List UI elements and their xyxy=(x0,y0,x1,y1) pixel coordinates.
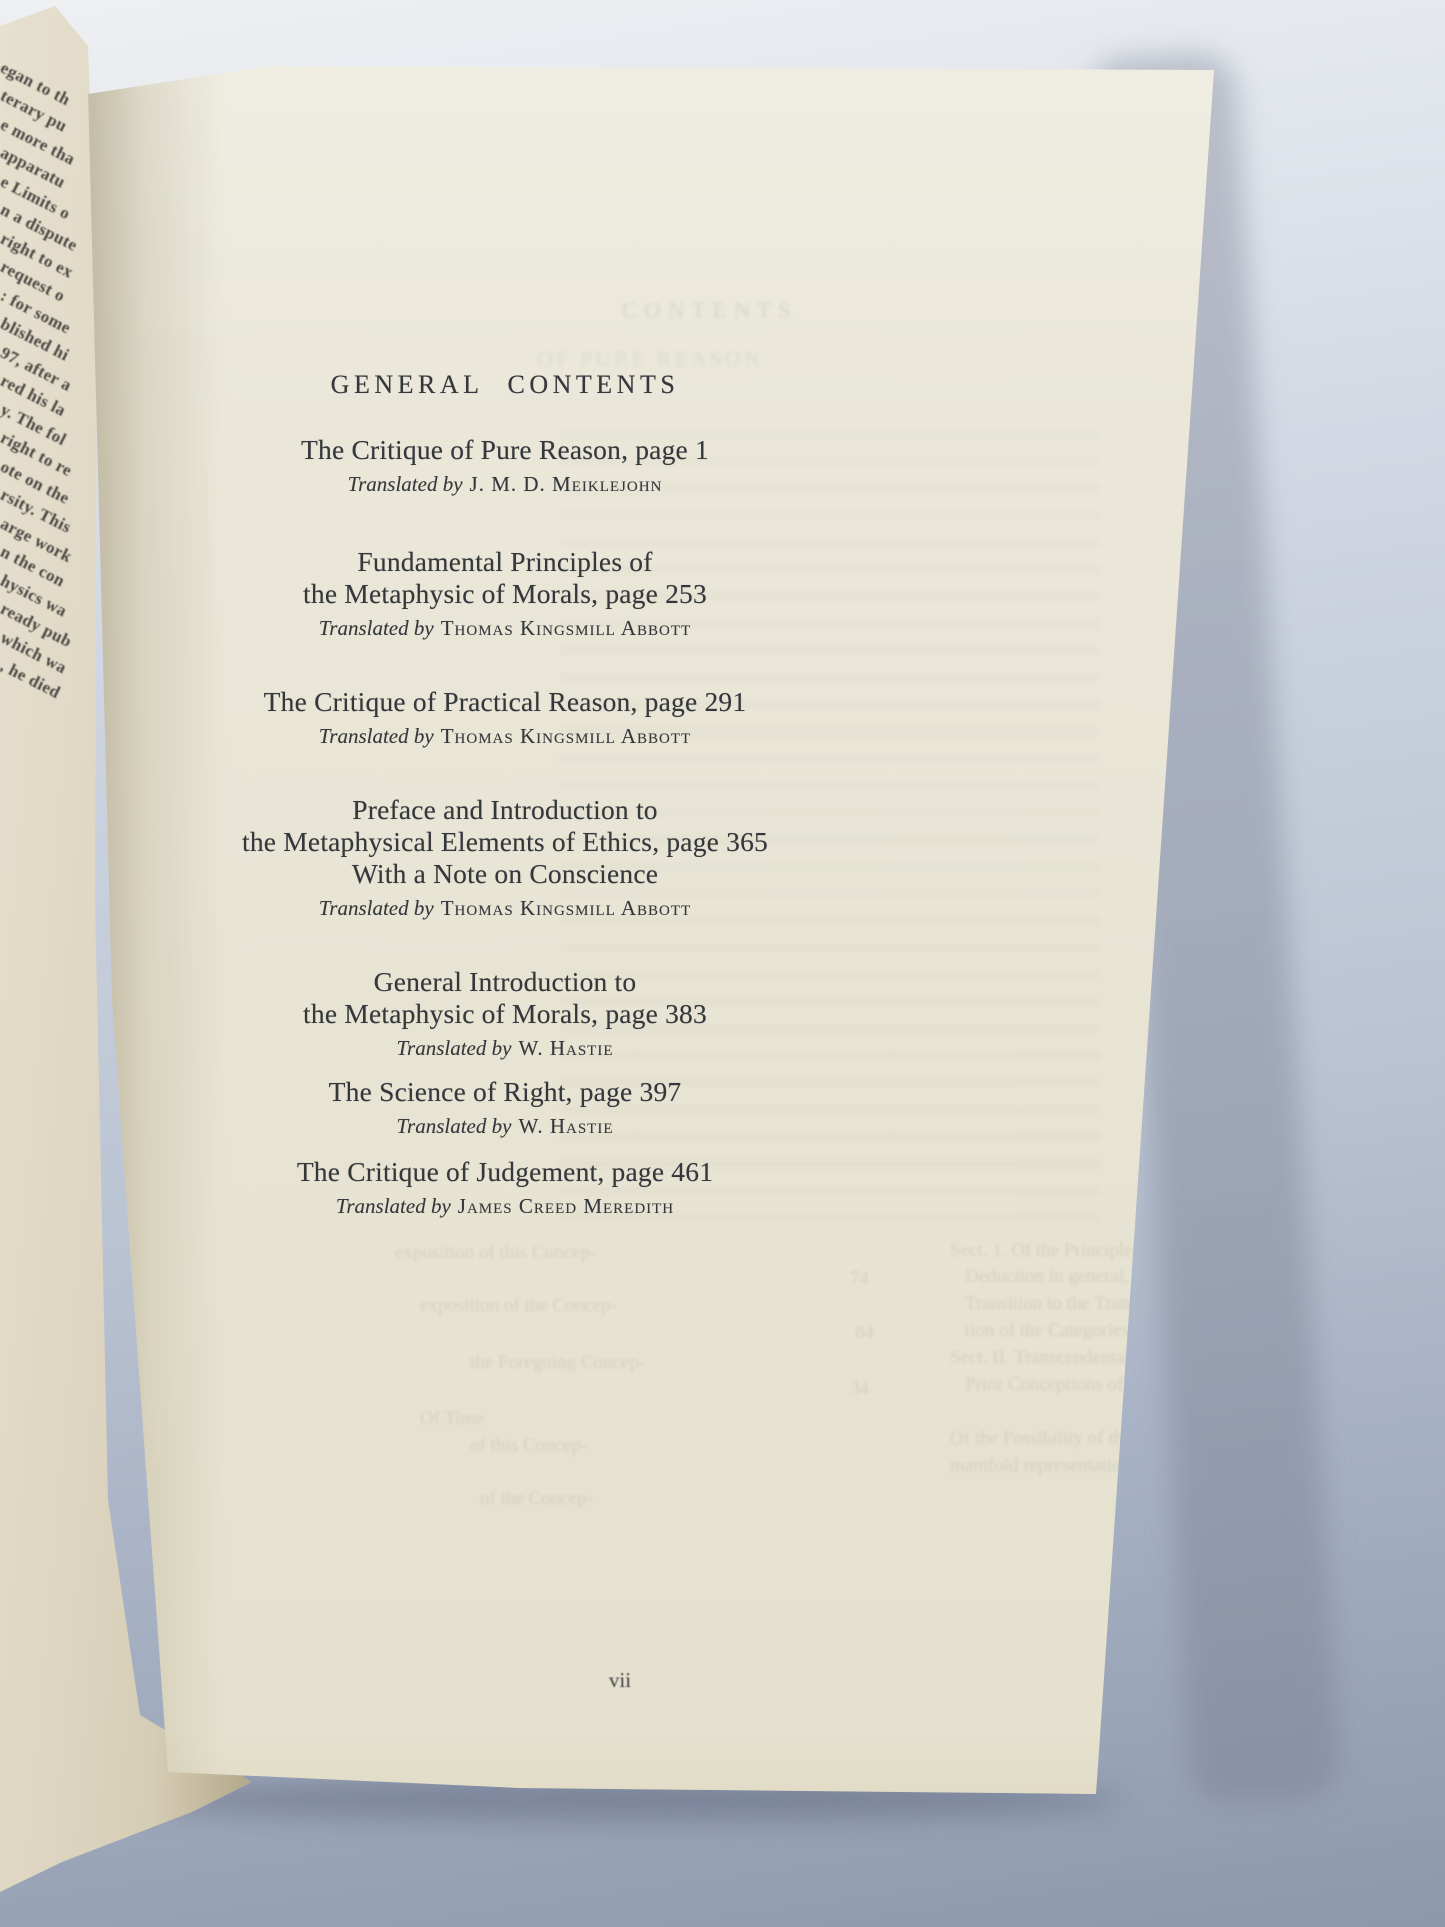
toc-entry-fundamental-principles: Fundamental Principles of the Metaphysic… xyxy=(90,546,920,643)
show-through-line: 74 xyxy=(850,1268,869,1290)
entry-translator-line: Translated byThomas Kingsmill Abbott xyxy=(90,893,920,923)
entry-translator-line: Translated byJ. M. D. Meiklejohn xyxy=(90,469,920,499)
translated-by-label: Translated by xyxy=(336,1194,451,1218)
show-through-line: of the Concep- xyxy=(480,1488,593,1510)
translated-by-label: Translated by xyxy=(397,1036,512,1060)
left-page-text-fragment: : for some xyxy=(0,286,74,339)
entry-title-line: The Science of Right, page 397 xyxy=(90,1076,920,1108)
entry-title-line: With a Note on Conscience xyxy=(90,858,920,890)
left-page-text-fragment: rsity. This xyxy=(0,485,74,538)
show-through-heading: CONTENTS xyxy=(540,298,880,324)
toc-entry-critique-practical-reason: The Critique of Practical Reason, page 2… xyxy=(90,686,920,751)
entry-title-line: the Metaphysic of Morals, page 253 xyxy=(90,578,920,610)
toc-entry-critique-judgement: The Critique of Judgement, page 461 Tran… xyxy=(90,1156,920,1221)
entry-title-line: Preface and Introduction to xyxy=(90,794,920,826)
entry-title-line: The Critique of Practical Reason, page 2… xyxy=(90,686,920,718)
translator-name: J. M. D. Meiklejohn xyxy=(470,472,663,496)
left-page-text-fragment: which wa xyxy=(0,628,70,678)
show-through-subheading: OF PURE REASON xyxy=(440,346,860,372)
left-page-text-fragment: request o xyxy=(0,257,68,307)
entry-title-line: the Metaphysic of Morals, page 383 xyxy=(90,998,920,1030)
entry-title-line: General Introduction to xyxy=(90,966,920,998)
show-through-line: Of Time xyxy=(420,1408,484,1430)
translated-by-label: Translated by xyxy=(319,724,434,748)
translator-name: Thomas Kingsmill Abbott xyxy=(441,616,692,640)
left-page-text-fragment: terary pu xyxy=(0,86,70,137)
entry-title-line: The Critique of Judgement, page 461 xyxy=(90,1156,920,1188)
left-page-text-fragment: blished hi xyxy=(0,314,72,366)
toc-entry-critique-pure-reason: The Critique of Pure Reason, page 1 Tran… xyxy=(90,434,920,499)
left-page-text-fragment: apparatu xyxy=(0,143,69,193)
left-page-text-fragment: e more tha xyxy=(0,115,78,170)
entry-translator-line: Translated byJames Creed Meredith xyxy=(90,1191,920,1221)
entry-translator-line: Translated byThomas Kingsmill Abbott xyxy=(90,721,920,751)
translated-by-label: Translated by xyxy=(397,1114,512,1138)
left-page-text-fragment: hysics wa xyxy=(0,571,70,622)
left-page-text-fragment: 97, after a xyxy=(0,343,75,396)
translated-by-label: Translated by xyxy=(319,896,434,920)
left-page-text-fragment: right to re xyxy=(0,428,75,481)
left-page-text-fragment: n a dispute xyxy=(0,200,81,256)
show-through-line: of this Concep- xyxy=(470,1435,587,1457)
page-title: GENERAL CONTENTS xyxy=(90,370,920,400)
translator-name: Thomas Kingsmill Abbott xyxy=(441,896,692,920)
left-page-text-fragment: arge work xyxy=(0,514,75,567)
show-through-line: exposition of this Concep- xyxy=(395,1242,596,1264)
entry-title-line: the Metaphysical Elements of Ethics, pag… xyxy=(90,826,920,858)
entry-title-line: Fundamental Principles of xyxy=(90,546,920,578)
show-through-line: the Foregoing Concep- xyxy=(470,1352,645,1374)
show-through-line: exposition of the Concep- xyxy=(420,1295,617,1317)
left-page-text-fragment: right to ex xyxy=(0,229,76,283)
entry-translator-line: Translated byThomas Kingsmill Abbott xyxy=(90,613,920,643)
page-number: vii xyxy=(560,1668,680,1693)
translated-by-label: Translated by xyxy=(348,472,463,496)
translated-by-label: Translated by xyxy=(319,616,434,640)
left-page-text-fragment: red his la xyxy=(0,371,69,421)
left-page-text-fragment: e Limits o xyxy=(0,172,74,224)
left-page-text-fragment: , he died xyxy=(0,656,63,703)
left-page-text-fragment: egan to th xyxy=(0,58,74,110)
toc-entry-metaphysical-elements-ethics: Preface and Introduction to the Metaphys… xyxy=(90,794,920,923)
toc-entry-general-introduction-morals: General Introduction to the Metaphysic o… xyxy=(90,966,920,1063)
entry-translator-line: Translated byW. Hastie xyxy=(90,1111,920,1141)
entry-title-line: The Critique of Pure Reason, page 1 xyxy=(90,434,920,466)
translator-name: Thomas Kingsmill Abbott xyxy=(441,724,692,748)
entry-translator-line: Translated byW. Hastie xyxy=(90,1033,920,1063)
show-through-line: Deduction in general, § 9 xyxy=(965,1266,1158,1288)
book-photo-scene: egan to th terary pu e more tha apparatu… xyxy=(0,0,1445,1927)
translator-name: James Creed Meredith xyxy=(458,1194,674,1218)
translator-name: W. Hastie xyxy=(518,1114,613,1138)
translator-name: W. Hastie xyxy=(518,1036,613,1060)
left-page-text-fragment: ote on the xyxy=(0,457,73,509)
left-page-text-fragment: ready pub xyxy=(0,599,75,652)
toc-entry-science-of-right: The Science of Right, page 397 Translate… xyxy=(90,1076,920,1141)
show-through-line: 34 xyxy=(850,1378,869,1400)
show-through-line: 84 xyxy=(855,1322,874,1344)
left-page-text-fragment: y. The fol xyxy=(0,400,69,450)
left-page-text-fragment: n the con xyxy=(0,542,68,591)
